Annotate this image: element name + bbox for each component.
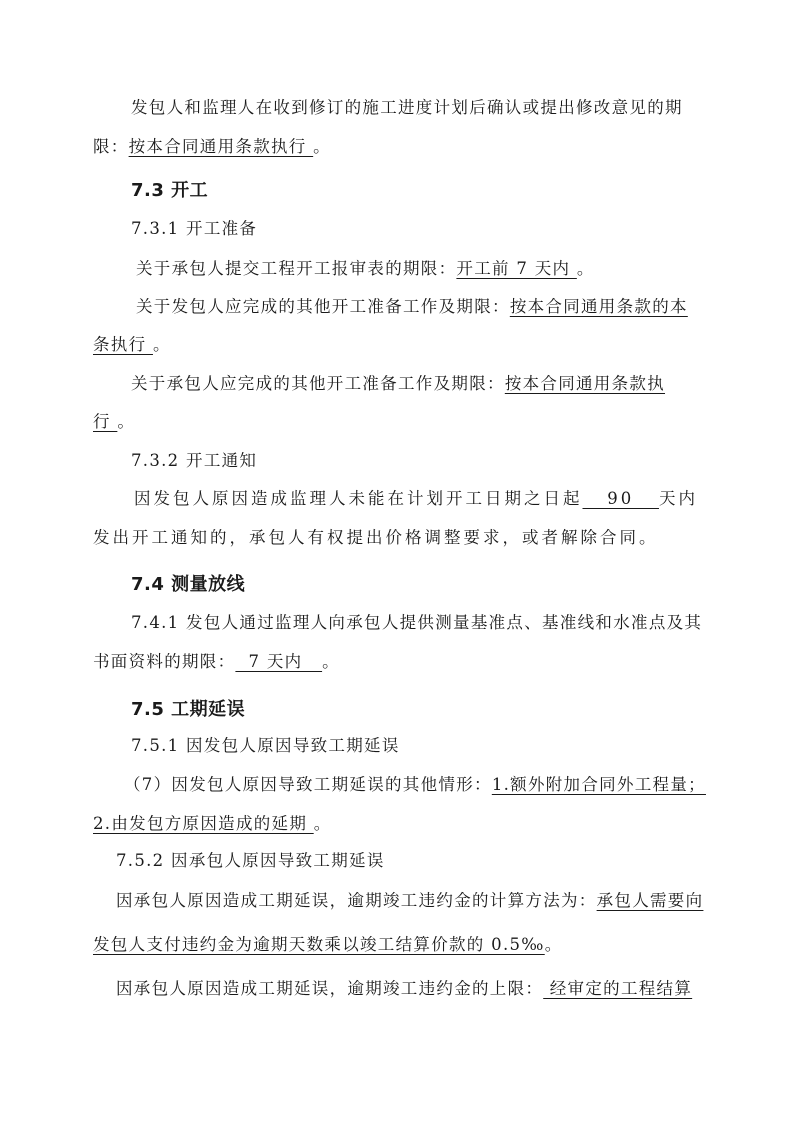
paragraph-text: 2.由发包方原因造成的延期 。 bbox=[93, 814, 332, 834]
label-text: 关于发包人应完成的其他开工准备工作及期限： bbox=[136, 297, 510, 316]
punctuation: 。 bbox=[117, 412, 135, 431]
filled-value: 开工前 7 天内 bbox=[456, 259, 576, 278]
punctuation: 。 bbox=[577, 259, 595, 278]
paragraph-text: 限：按本合同通用条款执行 。 bbox=[93, 137, 331, 157]
filled-value: 条执行 bbox=[93, 335, 153, 354]
paragraph-text: 关于承包人提交工程开工报审表的期限：开工前 7 天内 。 bbox=[136, 259, 595, 279]
paragraph-text: 发包人和监理人在收到修订的施工进度计划后确认或提出修改意见的期 bbox=[131, 98, 683, 118]
paragraph-text: 7.4.1 发包人通过监理人向承包人提供测量基准点、基准线和水准点及其 bbox=[131, 613, 702, 633]
paragraph-text: 行 。 bbox=[93, 412, 135, 432]
section-heading-7-3: 7.3 开工 bbox=[131, 181, 208, 201]
label-text: 关于承包人提交工程开工报审表的期限： bbox=[136, 259, 456, 278]
filled-value: 90 bbox=[583, 489, 659, 508]
label-text: 天内 bbox=[659, 489, 698, 508]
filled-value: 行 bbox=[93, 412, 117, 431]
filled-value: 按本合同通用条款执行 bbox=[129, 137, 314, 156]
filled-value: 按本合同通用条款执 bbox=[505, 374, 665, 393]
subsection-heading-7-5-1: 7.5.1 因发包人原因导致工期延误 bbox=[131, 736, 400, 756]
subsection-heading-7-5-2: 7.5.2 因承包人原因导致工期延误 bbox=[116, 851, 385, 871]
section-heading-7-5: 7.5 工期延误 bbox=[131, 700, 245, 720]
punctuation: 。 bbox=[314, 814, 332, 833]
paragraph-text: 关于承包人应完成的其他开工准备工作及期限：按本合同通用条款执 bbox=[131, 374, 665, 394]
subsection-heading-7-3-2: 7.3.2 开工通知 bbox=[131, 451, 257, 471]
filled-value: 承包人需要向 bbox=[597, 891, 704, 910]
paragraph-text: 因发包人原因造成监理人未能在计划开工日期之日起 90 天内 bbox=[134, 489, 698, 509]
paragraph-text: 因承包人原因造成工期延误，逾期竣工违约金的计算方法为：承包人需要向 bbox=[116, 891, 703, 911]
punctuation: 。 bbox=[545, 935, 563, 954]
label-text: 因发包人原因造成监理人未能在计划开工日期之日起 bbox=[134, 489, 583, 508]
section-heading-7-4: 7.4 测量放线 bbox=[131, 575, 245, 595]
label-text: 因承包人原因造成工期延误，逾期竣工违约金的上限： bbox=[116, 979, 543, 998]
filled-value: 1.额外附加合同外工程量； bbox=[492, 775, 706, 794]
filled-value: 按本合同通用条款的本 bbox=[510, 297, 688, 316]
label-text: （7）因发包人原因导致工期延误的其他情形： bbox=[124, 775, 492, 794]
filled-value: 发包人支付违约金为逾期天数乘以竣工结算价款的 0.5‰ bbox=[93, 935, 545, 954]
paragraph-text: 书面资料的期限： 7 天内 。 bbox=[93, 652, 340, 672]
paragraph-text: 发包人支付违约金为逾期天数乘以竣工结算价款的 0.5‰。 bbox=[93, 935, 563, 955]
paragraph-text: （7）因发包人原因导致工期延误的其他情形：1.额外附加合同外工程量； bbox=[124, 775, 706, 795]
label-text: 关于承包人应完成的其他开工准备工作及期限： bbox=[131, 374, 505, 393]
label-text: 书面资料的期限： bbox=[93, 652, 235, 671]
label-text: 限： bbox=[93, 137, 129, 156]
paragraph-text: 关于发包人应完成的其他开工准备工作及期限：按本合同通用条款的本 bbox=[136, 297, 688, 317]
filled-value: 2.由发包方原因造成的延期 bbox=[93, 814, 314, 833]
punctuation: 。 bbox=[322, 652, 340, 671]
filled-value: 经审定的工程结算 bbox=[543, 979, 692, 998]
punctuation: 。 bbox=[153, 335, 171, 354]
paragraph-text: 条执行 。 bbox=[93, 335, 171, 355]
punctuation: 。 bbox=[313, 137, 331, 156]
subsection-heading-7-3-1: 7.3.1 开工准备 bbox=[131, 219, 257, 239]
paragraph-text: 发出开工通知的，承包人有权提出价格调整要求，或者解除合同。 bbox=[93, 528, 659, 548]
filled-value: 7 天内 bbox=[235, 652, 322, 671]
paragraph-text: 因承包人原因造成工期延误，逾期竣工违约金的上限： 经审定的工程结算 bbox=[116, 979, 692, 999]
label-text: 因承包人原因造成工期延误，逾期竣工违约金的计算方法为： bbox=[116, 891, 597, 910]
